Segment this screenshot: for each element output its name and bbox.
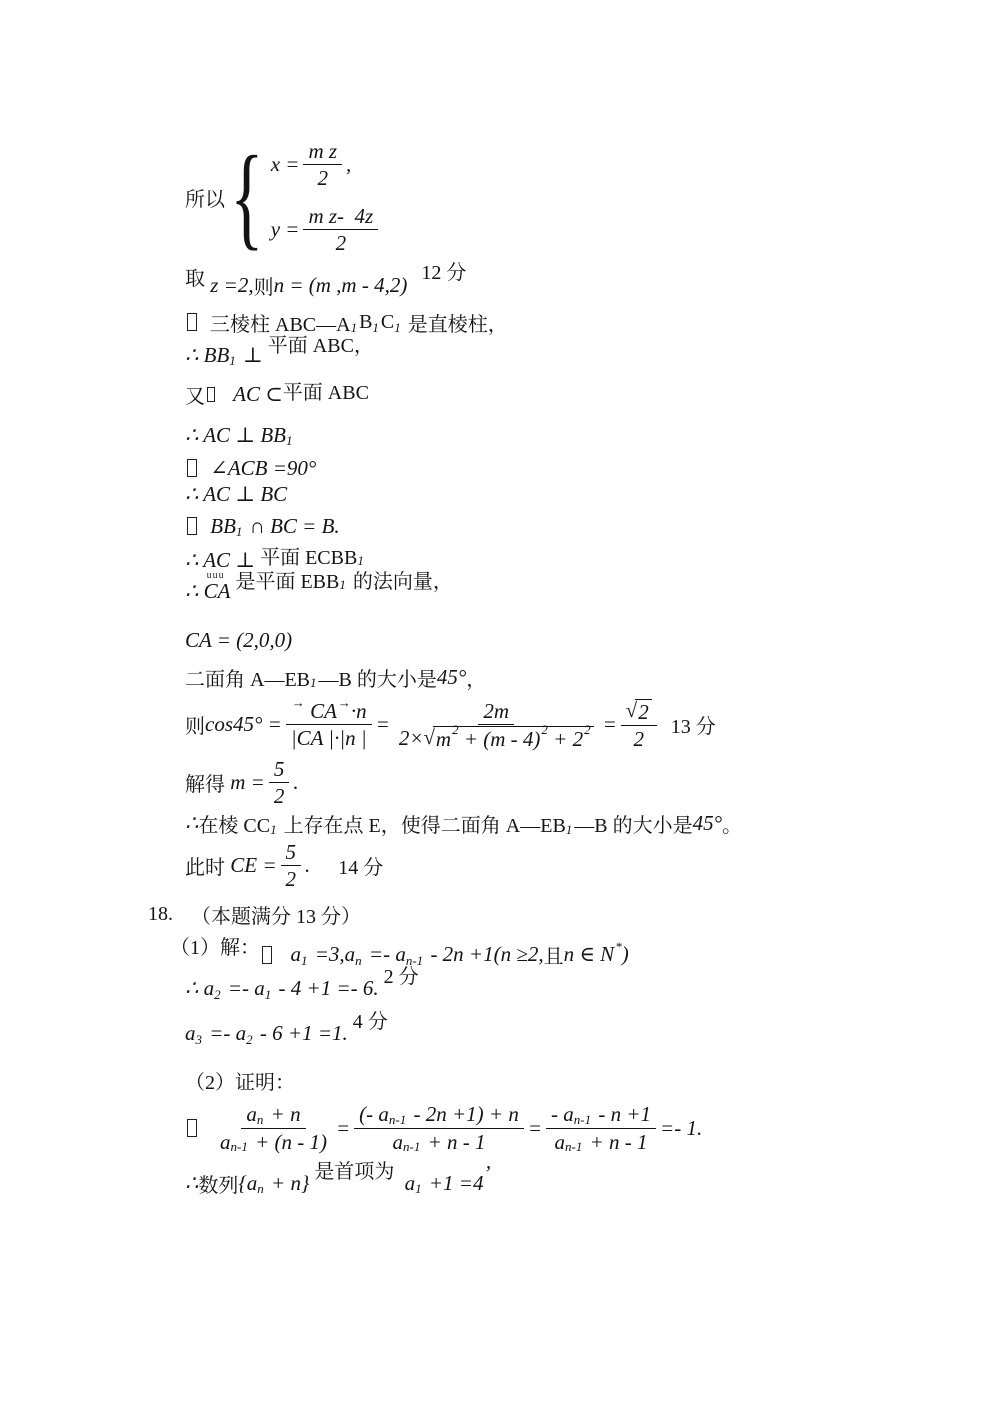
- numerator: 2m: [478, 698, 514, 725]
- fraction: √22: [621, 698, 657, 752]
- text-run: —B 的大小是: [574, 809, 692, 838]
- math-run: ): [622, 942, 629, 967]
- square-root: √m2 + (m - 4)2 + 22: [424, 726, 594, 751]
- math-run: BB: [205, 514, 236, 539]
- shifted-group: 平面 ABC: [283, 376, 369, 405]
- text-run: 上存在点 E，使得二面角 A—EB: [279, 809, 566, 838]
- text-run: （本题满分 13 分）: [191, 900, 361, 929]
- superscript: 2: [541, 723, 548, 738]
- subscript: 1: [236, 524, 243, 540]
- line-exists-point-e: ∴在棱 CC1 上存在点 E，使得二面角 A—EB1—B 的大小是45°。: [185, 809, 1000, 838]
- line-part1-solution: （1）解： a1 =3,an =- an-1 - 2n +1(n ≥2,且n ∈…: [170, 931, 1000, 960]
- denominator: 2: [281, 866, 302, 892]
- shifted-group: 2 分: [379, 960, 419, 989]
- subscript: 1: [339, 577, 346, 593]
- line-a3-value: a3 =- a2 - 6 +1 =1. 4 分: [185, 1019, 1000, 1048]
- math-run: 2: [633, 727, 644, 751]
- vector-arrow-label: uuu: [207, 570, 225, 581]
- math-run: + n}: [266, 1171, 310, 1196]
- superscript: 2: [584, 723, 591, 738]
- math-run: 2×: [399, 726, 424, 750]
- text-run: —B 的大小是: [319, 663, 437, 692]
- text-run: 平面 ABC: [283, 376, 369, 405]
- line-bb1-perp-plane: ∴ BB1 ⊥ 平面 ABC，: [185, 341, 1000, 370]
- math-run: - 2n +1(n ≥2,: [425, 942, 543, 967]
- denominator: |CA |·|n |: [286, 725, 372, 751]
- missing-glyph-box: [187, 459, 197, 477]
- math-run: a: [185, 1021, 196, 1046]
- math-run: |CA |·|n |: [291, 726, 367, 750]
- line-ca-coords: CA = (2,0,0): [185, 628, 1000, 653]
- math-run: 2: [638, 700, 649, 724]
- text-run: 二面角 A—EB: [185, 663, 310, 692]
- shifted-group: 是首项为: [309, 1155, 399, 1184]
- subscript: n-1: [565, 1140, 582, 1155]
- subscript: n-1: [231, 1140, 248, 1155]
- math-run: 5: [274, 757, 285, 781]
- line-bb1-cap-bc: BB1 ∩ BC = B.: [185, 514, 1000, 539]
- math-run: 2: [336, 231, 347, 255]
- math-run: ·n: [351, 699, 367, 723]
- line-dihedral-angle: 二面角 A—EB1—B 的大小是45°，: [185, 663, 1000, 692]
- superscript: →: [338, 696, 351, 711]
- line-take-z: 取 z =2,则n = (m ,m - 4,2)12 分: [185, 271, 1000, 300]
- subscript: 1: [415, 1181, 422, 1197]
- denominator: an-1 + n - 1: [388, 1129, 491, 1155]
- text-run: 解得: [185, 768, 225, 797]
- subscript: 1: [310, 675, 317, 691]
- subscript: 2: [246, 1032, 253, 1048]
- math-run: AC ⊂: [223, 382, 283, 407]
- math-run: ∴ BB: [185, 343, 229, 368]
- math-run: - 4 +1 =- 6.: [273, 976, 378, 1001]
- system-brace: {: [230, 139, 263, 255]
- numerator: → CA→·n: [286, 698, 372, 725]
- math-run: =: [376, 712, 390, 737]
- math-run: 2: [286, 867, 297, 891]
- math-run: (- a: [359, 1102, 389, 1126]
- text-run: 此时: [185, 851, 225, 880]
- math-run: + 2: [548, 727, 583, 751]
- text-run: 12 分: [421, 256, 466, 285]
- superscript: →: [292, 696, 305, 711]
- superscript: *: [615, 939, 622, 955]
- math-run: m =: [225, 770, 265, 795]
- math-run: ∠ACB =90°: [205, 456, 316, 481]
- denominator: 2: [269, 783, 290, 809]
- math-run: n ∈ N: [564, 942, 615, 967]
- numerator: 5: [269, 756, 290, 783]
- math-run: y =: [271, 217, 300, 242]
- missing-glyph-box: [262, 946, 272, 964]
- denominator: 2×√m2 + (m - 4)2 + 22: [394, 725, 599, 752]
- math-run: cos45° =: [205, 712, 282, 737]
- line-cos45-equation: 则cos45° =→ CA→·n|CA |·|n |=2m2×√m2 + (m …: [185, 698, 1000, 752]
- text-run: 。: [722, 809, 742, 838]
- math-run: 2: [317, 166, 328, 190]
- text-run: 数列: [198, 1169, 238, 1198]
- math-run: CA: [305, 699, 337, 723]
- math-run: =- 1.: [660, 1116, 702, 1141]
- superscript: 2: [452, 723, 459, 738]
- math-run: .: [293, 770, 298, 795]
- math-run: .: [305, 853, 310, 878]
- math-run: =: [336, 1116, 350, 1141]
- text-run: 则: [254, 271, 274, 300]
- shifted-group: 12 分: [421, 256, 466, 285]
- math-run: 45°: [437, 665, 466, 690]
- numerator: an + n: [241, 1101, 305, 1128]
- numerator: (- an-1 - 2n +1) + n: [354, 1101, 524, 1128]
- math-run: m: [436, 727, 451, 751]
- fraction: m z- 4z2: [303, 203, 378, 256]
- math-run: 2m: [483, 699, 509, 723]
- math-run: CA = (2,0,0): [185, 628, 292, 653]
- math-run: a: [555, 1130, 566, 1154]
- subscript: n: [257, 1181, 264, 1197]
- math-run: ,: [346, 152, 351, 177]
- radicand: m2 + (m - 4)2 + 22: [433, 726, 594, 751]
- math-run: =3,a: [310, 942, 356, 967]
- square-root: √2: [626, 699, 652, 724]
- text-run: 则: [185, 710, 205, 739]
- shifted-group: 是平面 EBB1 的法向量，: [230, 565, 452, 594]
- math-run: =- a: [223, 976, 265, 1001]
- math-run: a: [393, 1130, 404, 1154]
- math-run: ∩ BC = B.: [244, 514, 339, 539]
- math-run: + n - 1: [584, 1130, 647, 1154]
- line-ca-normal-vector: ∴ uuuCA 是平面 EBB1 的法向量，: [185, 577, 1000, 606]
- subscript: n: [257, 1113, 264, 1128]
- shifted-group: 平面 ABC，: [263, 329, 374, 358]
- text-run: 18.: [148, 903, 173, 926]
- vector-base: CA: [204, 579, 231, 603]
- math-run: m z- 4z: [308, 204, 373, 228]
- text-run: ，: [466, 663, 486, 692]
- shifted-group: 4 分: [348, 1005, 388, 1034]
- vector-with-arrow: uuuCA: [204, 579, 231, 604]
- fraction: - an-1 - n +1an-1 + n - 1: [546, 1101, 656, 1154]
- text-run: 的法向量，: [348, 565, 453, 594]
- math-run: + (n - 1): [250, 1130, 327, 1154]
- text-run: （1）解：: [170, 931, 260, 960]
- math-run: - 6 +1 =1.: [255, 1021, 348, 1046]
- shifted-group: 取: [185, 262, 205, 291]
- math-run: +1 =4: [424, 1171, 484, 1196]
- math-run: - 2n +1) + n: [408, 1102, 519, 1126]
- subscript: 1: [286, 433, 293, 449]
- line-ce-value: 此时 CE =52.14 分: [185, 839, 1000, 892]
- subscript: 1: [394, 320, 401, 336]
- missing-glyph-box: [187, 1119, 197, 1137]
- math-run: m z: [308, 139, 337, 163]
- missing-glyph-box: [187, 517, 197, 535]
- line-a2-value: ∴ a2 =- a1 - 4 +1 =- 6. 2 分: [185, 974, 1000, 1003]
- math-run: ∴: [185, 579, 204, 604]
- math-run: =- a: [204, 1021, 246, 1046]
- fraction: 2m2×√m2 + (m - 4)2 + 22: [394, 698, 599, 752]
- line-ac-perp-bb1: ∴ AC ⊥ BB1: [185, 423, 1000, 448]
- math-run: ∴: [185, 1171, 198, 1196]
- math-run: + n - 1: [422, 1130, 485, 1154]
- denominator: an-1 + (n - 1): [215, 1129, 332, 1155]
- numerator: - an-1 - n +1: [546, 1101, 656, 1128]
- text-run: 取: [185, 262, 205, 291]
- subscript: 2: [214, 987, 221, 1003]
- math-run: 2: [274, 784, 285, 808]
- line-problem-18: 18.（本题满分 13 分）: [148, 900, 1000, 929]
- denominator: 2: [312, 165, 333, 191]
- equation-column: x =m z2,y =m z- 4z2: [271, 138, 383, 257]
- math-run: - a: [551, 1102, 574, 1126]
- subscript: 1: [301, 953, 308, 969]
- text-run: 是首项为: [309, 1155, 399, 1184]
- text-run: （2）证明：: [185, 1066, 295, 1095]
- numerator: 5: [281, 839, 302, 866]
- math-run: z =2,: [205, 273, 254, 298]
- fraction: (- an-1 - 2n +1) + nan-1 + n - 1: [354, 1101, 524, 1154]
- denominator: an-1 + n - 1: [550, 1129, 653, 1155]
- radicand: 2: [635, 699, 652, 724]
- text-run: 所以: [185, 183, 225, 212]
- equation-row: y =m z- 4z2: [271, 203, 383, 256]
- line-sequence-first-term: ∴数列{an + n} 是首项为 a1 +1 =4’: [185, 1169, 1000, 1198]
- missing-glyph-box: [187, 313, 197, 331]
- text-run: 又: [185, 380, 205, 409]
- fraction: m z2: [303, 138, 342, 191]
- numerator: m z: [303, 138, 342, 165]
- math-run: {a: [238, 1171, 257, 1196]
- text-run: 平面 ABC，: [263, 329, 374, 358]
- equation-row: x =m z2,: [271, 138, 383, 191]
- math-run: + (m - 4): [459, 727, 541, 751]
- math-run: =: [528, 1116, 542, 1141]
- math-run: ⊥: [238, 343, 263, 368]
- numerator: √2: [621, 698, 657, 726]
- shifted-group: a1 =3,an =- an-1 - 2n +1(n ≥2,且n ∈ N*): [260, 940, 629, 969]
- math-run: ’: [483, 1161, 490, 1186]
- subscript: 1: [265, 987, 272, 1003]
- shifted-group: ’: [483, 1161, 490, 1186]
- math-run: + n: [265, 1102, 300, 1126]
- math-run: =: [603, 712, 617, 737]
- subscript: n: [355, 953, 362, 969]
- fraction: an + nan-1 + (n - 1): [215, 1101, 332, 1154]
- missing-glyph-box: [207, 387, 215, 402]
- math-run: x =: [271, 152, 300, 177]
- text-run: 13 分: [671, 710, 716, 739]
- line-angle-acb: ∠ACB =90°: [185, 456, 1000, 481]
- subscript: 1: [229, 353, 236, 369]
- text-run: 是平面 EBB: [230, 565, 339, 594]
- subscript: 3: [196, 1032, 203, 1048]
- subscript: n-1: [403, 1140, 420, 1155]
- math-run: 5: [286, 840, 297, 864]
- math-run: a: [246, 1102, 257, 1126]
- line-system-xy: 所以{x =m z2,y =m z- 4z2: [185, 138, 1000, 257]
- math-run: n = (m ,m - 4,2): [274, 273, 408, 298]
- fraction: 52: [281, 839, 302, 892]
- subscript: n-1: [574, 1113, 591, 1128]
- line-ac-subset-plane: 又 AC ⊂平面 ABC: [185, 380, 1000, 409]
- line-part2-proof: （2）证明：: [185, 1066, 1000, 1095]
- fraction: 52: [269, 756, 290, 809]
- math-run: ∴ a: [185, 976, 214, 1001]
- math-run: ∴ AC ⊥ BB: [185, 423, 286, 448]
- subscript: n-1: [389, 1113, 406, 1128]
- math-run: 45°: [693, 811, 722, 836]
- text-run: 且: [544, 940, 564, 969]
- line-ac-perp-bc: ∴ AC ⊥ BC: [185, 482, 1000, 507]
- text-run: 在棱 CC: [198, 809, 270, 838]
- denominator: 2: [628, 726, 649, 752]
- numerator: m z- 4z: [303, 203, 378, 230]
- line-solve-m: 解得 m =52.: [185, 756, 1000, 809]
- math-run: a: [399, 1171, 415, 1196]
- math-run: ∴: [185, 811, 198, 836]
- fraction: → CA→·n|CA |·|n |: [286, 698, 372, 751]
- math-run: - n +1: [593, 1102, 651, 1126]
- math-run: a: [280, 942, 301, 967]
- text-run: 14 分: [338, 851, 383, 880]
- subscript: 1: [566, 822, 573, 838]
- text-run: 是直棱柱，: [403, 308, 508, 337]
- denominator: 2: [331, 230, 352, 256]
- text-run: 4 分: [348, 1005, 388, 1034]
- subscript: 1: [270, 822, 277, 838]
- document-page: 所以{x =m z2,y =m z- 4z2取 z =2,则n = (m ,m …: [0, 0, 1000, 1198]
- math-run: a: [220, 1130, 231, 1154]
- line-ratio-equation: an + nan-1 + (n - 1)=(- an-1 - 2n +1) + …: [185, 1101, 1000, 1154]
- math-run: CE =: [225, 853, 277, 878]
- text-run: C: [381, 311, 394, 334]
- text-run: 2 分: [379, 960, 419, 989]
- math-run: ∴ AC ⊥ BC: [185, 482, 287, 507]
